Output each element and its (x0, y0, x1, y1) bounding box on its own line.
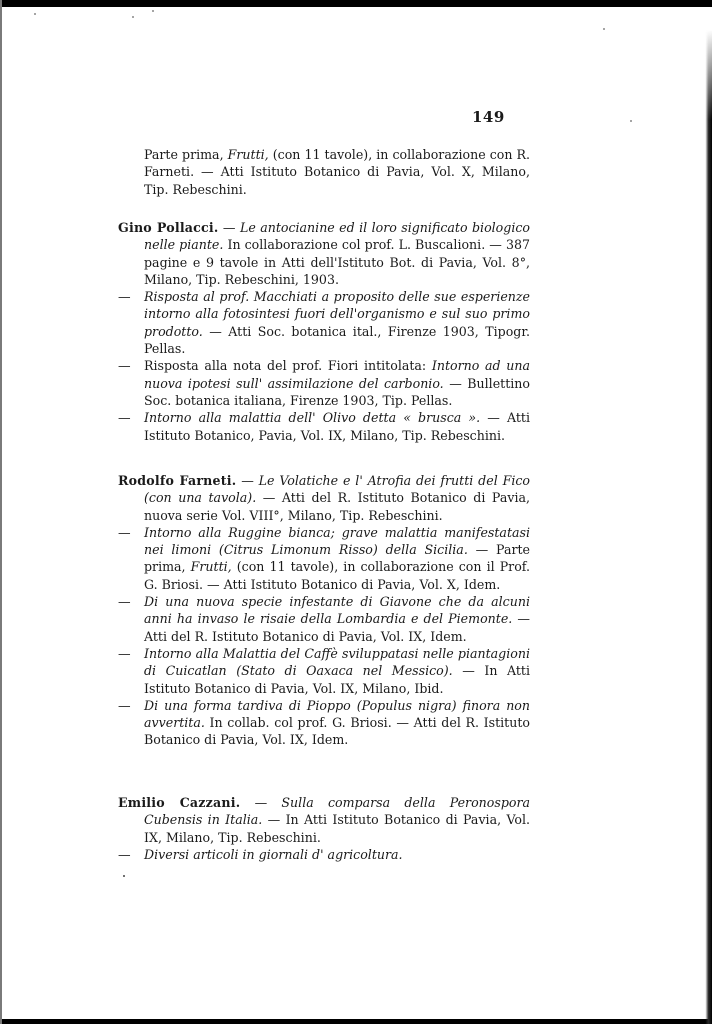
scan-speck (630, 120, 632, 122)
page-edge-right (700, 0, 712, 1024)
bibliography-entry: —Intorno alla Ruggine bianca; grave mala… (118, 524, 530, 593)
bibliography-entry: Rodolfo Farneti. — Le Volatiche e l' Atr… (118, 472, 530, 524)
dash: — (223, 220, 236, 235)
author-name: Emilio Cazzani. (118, 795, 240, 810)
work-details: — Atti Soc. botanica ital., Firenze 1903… (144, 324, 530, 356)
work-title: Diversi articoli in giornali d' agricolt… (144, 847, 403, 862)
dash: — (118, 593, 144, 610)
bibliography-entry: Gino Pollacci. — Le antocianine ed il lo… (118, 219, 530, 288)
dash: — (118, 409, 144, 426)
scan-border-top (0, 0, 712, 7)
author-name: Rodolfo Farneti. (118, 473, 236, 488)
dash: — (241, 473, 254, 488)
dash: — (255, 795, 268, 810)
work-title: Intorno alla malattia dell' Olivo detta … (144, 410, 480, 425)
dash: — (118, 697, 144, 714)
scan-border-bottom (0, 1019, 712, 1024)
section-cazzani: Emilio Cazzani. — Sulla comparsa della P… (118, 794, 530, 863)
scan-speck (603, 28, 605, 30)
scan-speck (123, 875, 125, 877)
scan-speck (152, 10, 154, 12)
section-farneti: Rodolfo Farneti. — Le Volatiche e l' Atr… (118, 472, 530, 749)
dash: — (118, 288, 144, 305)
work-italic: Frutti, (191, 559, 232, 574)
bibliography-entry: —Risposta alla nota del prof. Fiori inti… (118, 357, 530, 409)
continuation-italic: Frutti, (228, 147, 269, 162)
dash: — (118, 645, 144, 662)
section-pollacci: Gino Pollacci. — Le antocianine ed il lo… (118, 219, 530, 444)
bibliography-entry: —Di una forma tardiva di Pioppo (Populus… (118, 697, 530, 749)
bibliography-entry: —Intorno alla Malattia del Caffè svilupp… (118, 645, 530, 697)
bibliography-entry: Emilio Cazzani. — Sulla comparsa della P… (118, 794, 530, 846)
bibliography-entry: —Diversi articoli in giornali d' agricol… (118, 846, 530, 863)
continuation-paragraph: Parte prima, Frutti, (con 11 tavole), in… (118, 146, 530, 198)
bibliography-entry: —Di una nuova specie infestante di Giavo… (118, 593, 530, 645)
dash: — (118, 846, 144, 863)
scan-speck (132, 16, 134, 18)
bibliography-entry: —Intorno alla malattia dell' Olivo detta… (118, 409, 530, 444)
dash: — (118, 357, 144, 374)
bibliography-entry: —Risposta al prof. Macchiati a proposito… (118, 288, 530, 357)
page-number: 149 (472, 108, 505, 126)
work-details-pre: Risposta alla nota del prof. Fiori intit… (144, 358, 432, 373)
dash: — (118, 524, 144, 541)
author-name: Gino Pollacci. (118, 220, 218, 235)
work-title: Di una nuova specie infestante di Giavon… (144, 594, 530, 626)
continuation-text: Parte prima, (144, 147, 228, 162)
scan-border-left (0, 0, 2, 1024)
scan-speck (34, 13, 36, 15)
